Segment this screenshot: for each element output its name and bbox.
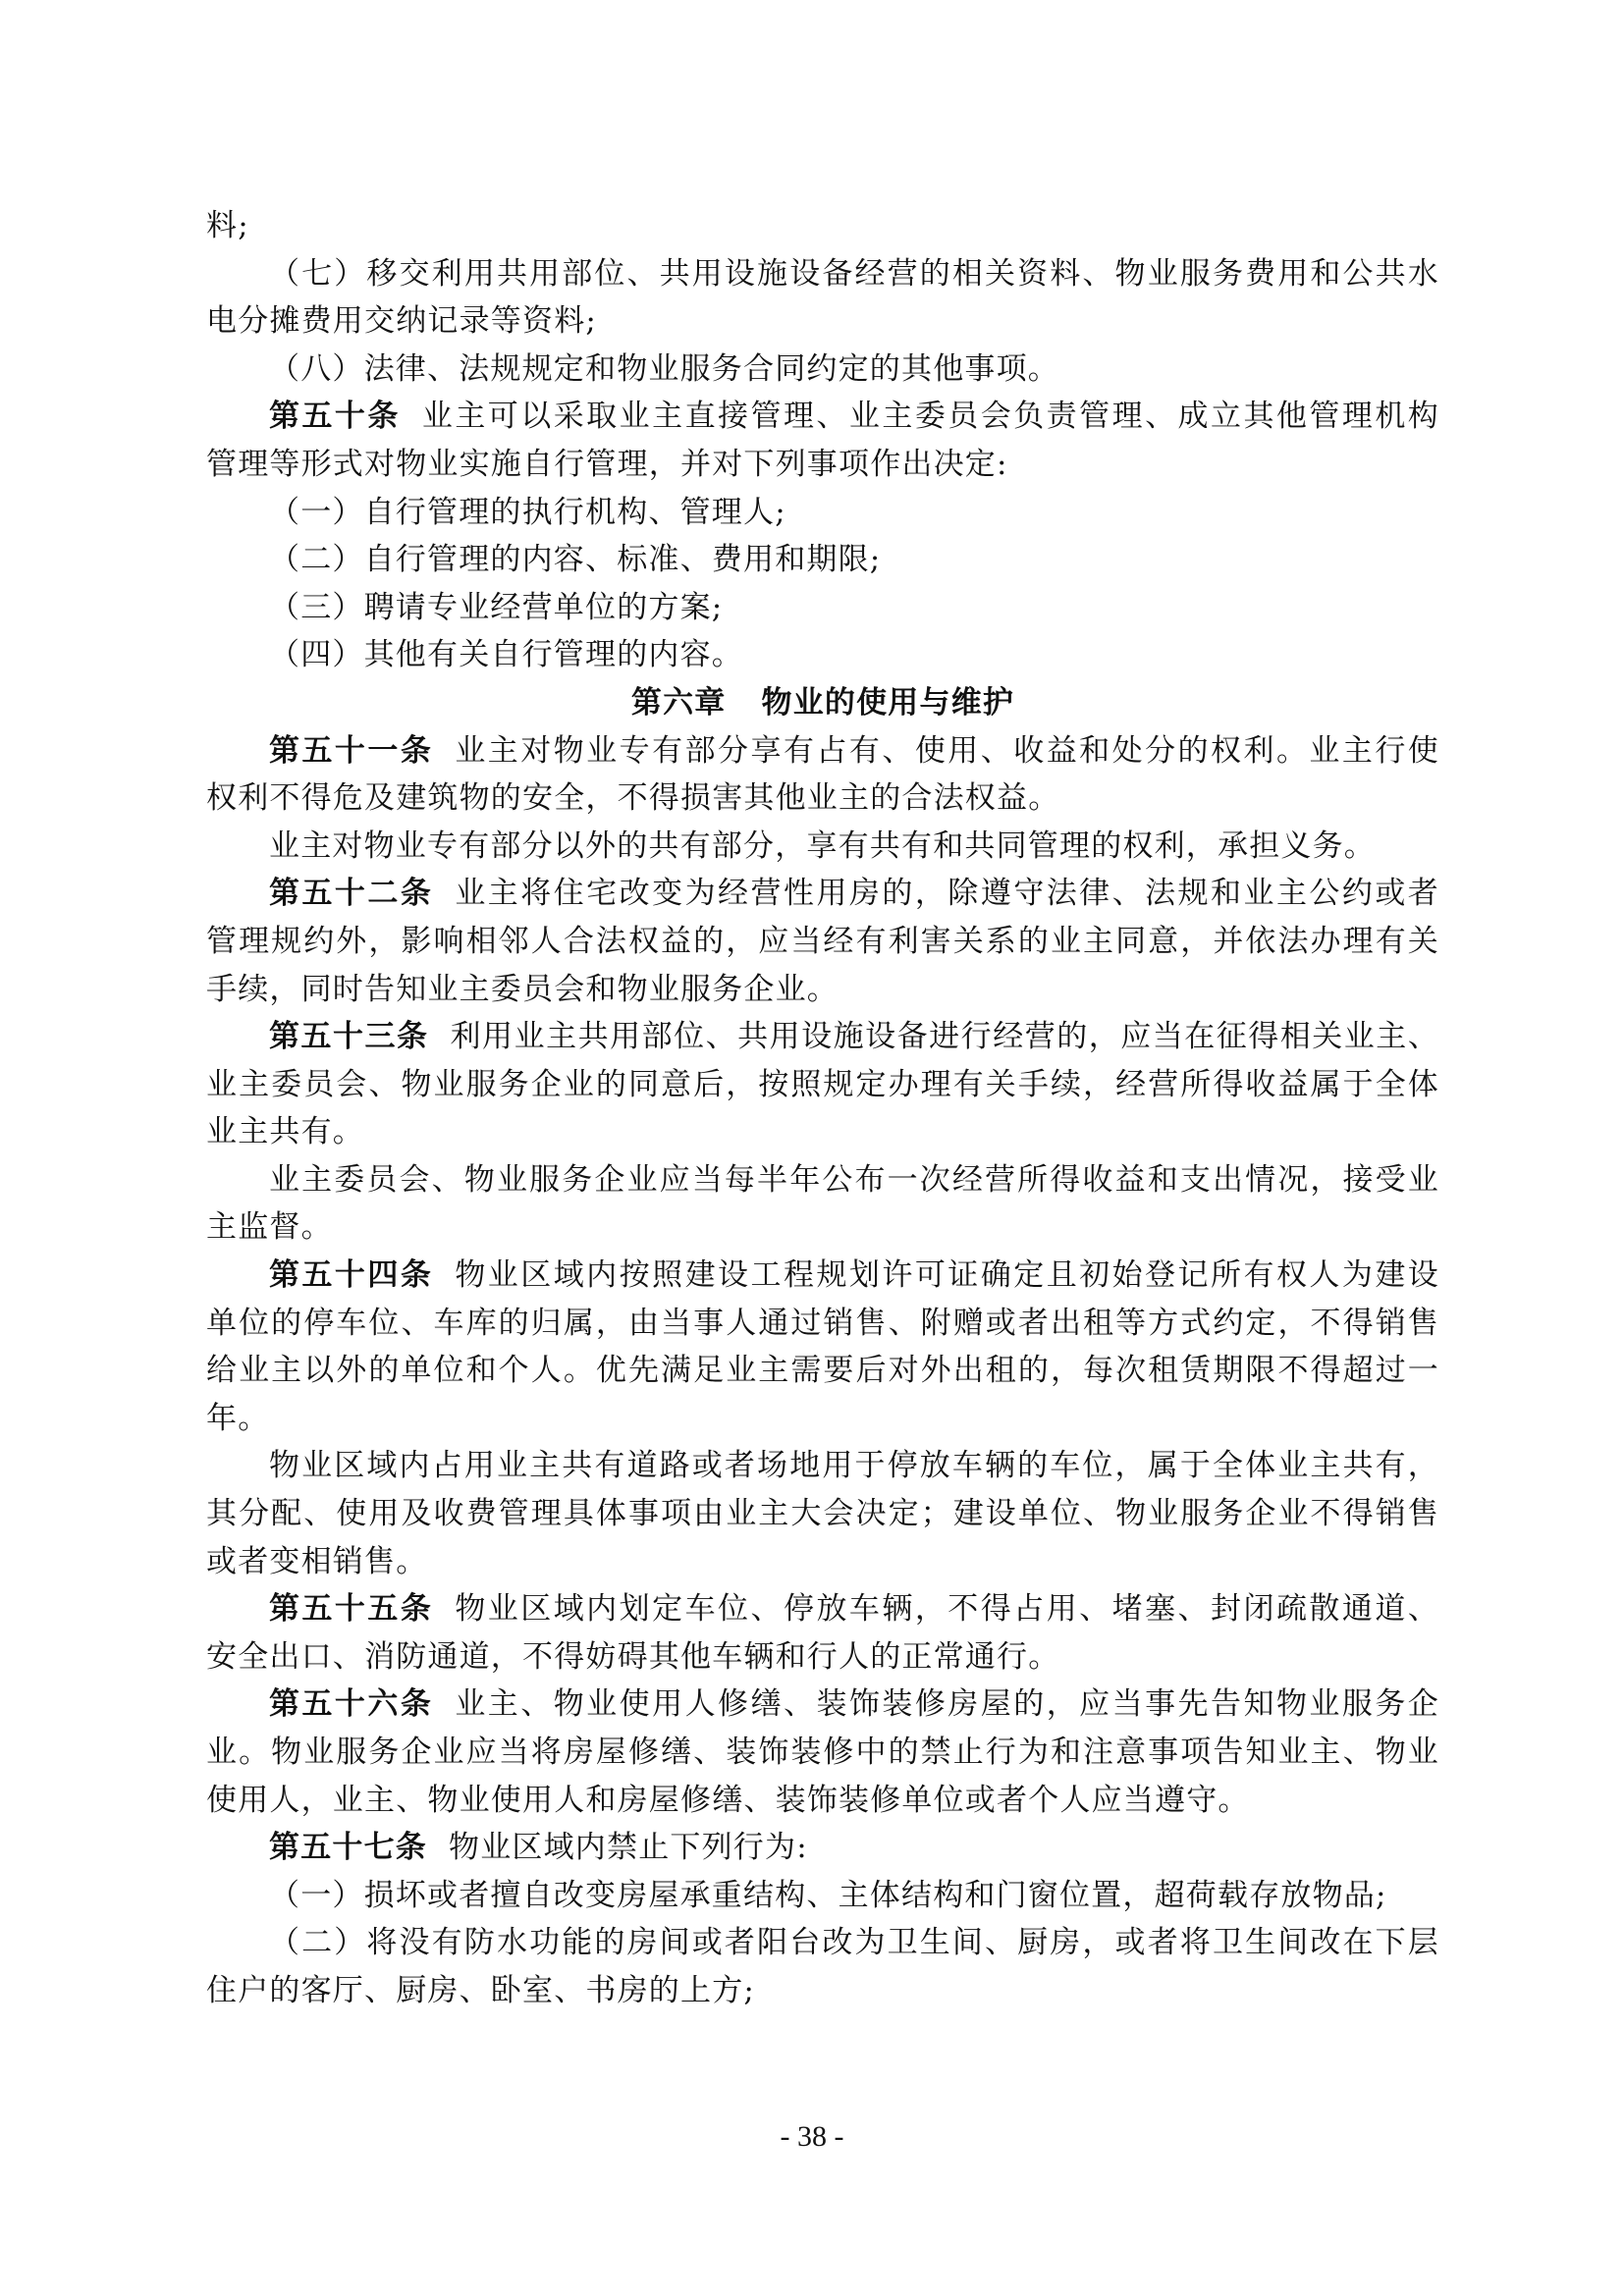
line-text: 物业区域内划定车位、停放车辆，不得占用、堵塞、封闭疏散通道、 xyxy=(455,1591,1439,1627)
line-text: 给业主以外的单位和个人。优先满足业主需要后对外出租的，每次租赁期限不得超过一 xyxy=(206,1353,1439,1388)
continuation-line: 管理规约外，影响相邻人合法权益的，应当经有利害关系的业主同意，并依法办理有关 xyxy=(206,918,1439,966)
continuation-line: 业主委员会、物业服务企业的同意后，按照规定办理有关手续，经营所得收益属于全体 xyxy=(206,1061,1439,1109)
article-number: 第五十五条 xyxy=(269,1591,433,1627)
article-number: 第五十七条 xyxy=(269,1830,427,1865)
chapter-heading: 第六章物业的使用与维护 xyxy=(206,679,1439,727)
continuation-line: 年。 xyxy=(206,1395,1439,1443)
line-text: 手续，同时告知业主委员会和物业服务企业。 xyxy=(206,972,839,1007)
line-text: 业。物业服务企业应当将房屋修缮、装饰装修中的禁止行为和注意事项告知业主、物业 xyxy=(206,1735,1439,1770)
continuation-line: 安全出口、消防通道，不得妨碍其他车辆和行人的正常通行。 xyxy=(206,1633,1439,1682)
continuation-line: 料; xyxy=(206,202,1439,250)
line-text: （三）聘请专业经营单位的方案; xyxy=(269,590,723,625)
continuation-line: 手续，同时告知业主委员会和物业服务企业。 xyxy=(206,966,1439,1014)
line-text: 业主委员会、物业服务企业应当每半年公布一次经营所得收益和支出情况，接受业 xyxy=(269,1162,1439,1198)
line-text: 物业区域内按照建设工程规划许可证确定且初始登记所有权人为建设 xyxy=(455,1257,1439,1293)
paragraph-line: （一）损坏或者擅自改变房屋承重结构、主体结构和门窗位置，超荷载存放物品; xyxy=(206,1872,1439,1920)
paragraph-line: （七）移交利用共用部位、共用设施设备经营的相关资料、物业服务费用和公共水 xyxy=(206,250,1439,298)
line-text: （二）自行管理的内容、标准、费用和期限; xyxy=(269,542,881,577)
continuation-line: 业主共有。 xyxy=(206,1108,1439,1156)
article-line: 第五十七条物业区域内禁止下列行为: xyxy=(206,1824,1439,1872)
line-text: （一）损坏或者擅自改变房屋承重结构、主体结构和门窗位置，超荷载存放物品; xyxy=(269,1878,1387,1913)
line-text: （二）将没有防水功能的房间或者阳台改为卫生间、厨房，或者将卫生间改在下层 xyxy=(269,1925,1439,1960)
paragraph-line: （一）自行管理的执行机构、管理人; xyxy=(206,489,1439,537)
paragraph-line: （三）聘请专业经营单位的方案; xyxy=(206,584,1439,632)
line-text: 物业区域内禁止下列行为: xyxy=(449,1830,808,1865)
article-number: 第五十条 xyxy=(269,399,401,434)
line-text: （八）法律、法规规定和物业服务合同约定的其他事项。 xyxy=(269,351,1059,387)
article-number: 第五十六条 xyxy=(269,1686,433,1722)
continuation-line: 住户的客厅、厨房、卧室、书房的上方; xyxy=(206,1967,1439,2015)
line-text: 或者变相销售。 xyxy=(206,1544,427,1579)
article-number: 第五十三条 xyxy=(269,1019,429,1054)
line-text: （七）移交利用共用部位、共用设施设备经营的相关资料、物业服务费用和公共水 xyxy=(269,256,1439,292)
continuation-line: 主监督。 xyxy=(206,1203,1439,1252)
document-body: 料;（七）移交利用共用部位、共用设施设备经营的相关资料、物业服务费用和公共水电分… xyxy=(206,202,1439,2015)
continuation-line: 管理等形式对物业实施自行管理，并对下列事项作出决定: xyxy=(206,441,1439,489)
paragraph-line: 业主委员会、物业服务企业应当每半年公布一次经营所得收益和支出情况，接受业 xyxy=(206,1156,1439,1204)
continuation-line: 单位的停车位、车库的归属，由当事人通过销售、附赠或者出租等方式约定，不得销售 xyxy=(206,1300,1439,1348)
line-text: 主监督。 xyxy=(206,1209,333,1245)
line-text: 电分摊费用交纳记录等资料; xyxy=(206,303,597,339)
continuation-line: 电分摊费用交纳记录等资料; xyxy=(206,297,1439,346)
line-text: 单位的停车位、车库的归属，由当事人通过销售、附赠或者出租等方式约定，不得销售 xyxy=(206,1306,1439,1341)
article-line: 第五十五条物业区域内划定车位、停放车辆，不得占用、堵塞、封闭疏散通道、 xyxy=(206,1585,1439,1633)
paragraph-line: 业主对物业专有部分以外的共有部分，享有共有和共同管理的权利，承担义务。 xyxy=(206,823,1439,871)
line-text: 业主将住宅改变为经营性用房的，除遵守法律、法规和业主公约或者 xyxy=(455,876,1439,911)
line-text: 业主委员会、物业服务企业的同意后，按照规定办理有关手续，经营所得收益属于全体 xyxy=(206,1067,1439,1102)
line-text: 业主、物业使用人修缮、装饰装修房屋的，应当事先告知物业服务企 xyxy=(455,1686,1439,1722)
continuation-line: 业。物业服务企业应当将房屋修缮、装饰装修中的禁止行为和注意事项告知业主、物业 xyxy=(206,1729,1439,1777)
article-line: 第五十一条业主对物业专有部分享有占有、使用、收益和处分的权利。业主行使 xyxy=(206,727,1439,775)
paragraph-line: 物业区域内占用业主共有道路或者场地用于停放车辆的车位，属于全体业主共有， xyxy=(206,1442,1439,1490)
line-text: 业主对物业专有部分以外的共有部分，享有共有和共同管理的权利，承担义务。 xyxy=(269,828,1376,864)
chapter-title: 物业的使用与维护 xyxy=(762,685,1015,721)
article-number: 第五十二条 xyxy=(269,876,433,911)
article-number: 第五十四条 xyxy=(269,1257,433,1293)
line-text: 料; xyxy=(206,208,249,243)
line-text: 权利不得危及建筑物的安全，不得损害其他业主的合法权益。 xyxy=(206,780,1059,816)
line-text: 使用人，业主、物业使用人和房屋修缮、装饰装修单位或者个人应当遵守。 xyxy=(206,1783,1250,1818)
line-text: 年。 xyxy=(206,1401,269,1436)
page-number: - 38 - xyxy=(0,2120,1624,2154)
continuation-line: 或者变相销售。 xyxy=(206,1538,1439,1586)
article-number: 第五十一条 xyxy=(269,733,433,769)
line-text: （四）其他有关自行管理的内容。 xyxy=(269,637,743,672)
line-text: 其分配、使用及收费管理具体事项由业主大会决定；建设单位、物业服务企业不得销售 xyxy=(206,1496,1439,1531)
article-line: 第五十四条物业区域内按照建设工程规划许可证确定且初始登记所有权人为建设 xyxy=(206,1252,1439,1300)
line-text: 住户的客厅、厨房、卧室、书房的上方; xyxy=(206,1973,755,2008)
line-text: 业主对物业专有部分享有占有、使用、收益和处分的权利。业主行使 xyxy=(455,733,1439,769)
line-text: 物业区域内占用业主共有道路或者场地用于停放车辆的车位，属于全体业主共有， xyxy=(269,1448,1439,1483)
continuation-line: 权利不得危及建筑物的安全，不得损害其他业主的合法权益。 xyxy=(206,774,1439,823)
line-text: 管理规约外，影响相邻人合法权益的，应当经有利害关系的业主同意，并依法办理有关 xyxy=(206,924,1439,959)
paragraph-line: （二）将没有防水功能的房间或者阳台改为卫生间、厨房，或者将卫生间改在下层 xyxy=(206,1919,1439,1967)
line-text: 业主共有。 xyxy=(206,1114,364,1149)
line-text: 业主可以采取业主直接管理、业主委员会负责管理、成立其他管理机构 xyxy=(422,399,1439,434)
continuation-line: 其分配、使用及收费管理具体事项由业主大会决定；建设单位、物业服务企业不得销售 xyxy=(206,1490,1439,1538)
line-text: 管理等形式对物业实施自行管理，并对下列事项作出决定: xyxy=(206,447,1008,482)
paragraph-line: （四）其他有关自行管理的内容。 xyxy=(206,631,1439,679)
article-line: 第五十条业主可以采取业主直接管理、业主委员会负责管理、成立其他管理机构 xyxy=(206,393,1439,441)
line-text: 利用业主共用部位、共用设施设备进行经营的，应当在征得相关业主、 xyxy=(451,1019,1439,1054)
article-line: 第五十三条利用业主共用部位、共用设施设备进行经营的，应当在征得相关业主、 xyxy=(206,1013,1439,1061)
continuation-line: 给业主以外的单位和个人。优先满足业主需要后对外出租的，每次租赁期限不得超过一 xyxy=(206,1347,1439,1395)
paragraph-line: （八）法律、法规规定和物业服务合同约定的其他事项。 xyxy=(206,346,1439,394)
article-line: 第五十二条业主将住宅改变为经营性用房的，除遵守法律、法规和业主公约或者 xyxy=(206,870,1439,918)
article-line: 第五十六条业主、物业使用人修缮、装饰装修房屋的，应当事先告知物业服务企 xyxy=(206,1681,1439,1729)
continuation-line: 使用人，业主、物业使用人和房屋修缮、装饰装修单位或者个人应当遵守。 xyxy=(206,1777,1439,1825)
paragraph-line: （二）自行管理的内容、标准、费用和期限; xyxy=(206,536,1439,584)
line-text: 安全出口、消防通道，不得妨碍其他车辆和行人的正常通行。 xyxy=(206,1639,1059,1675)
chapter-number: 第六章 xyxy=(631,685,727,721)
line-text: （一）自行管理的执行机构、管理人; xyxy=(269,495,786,530)
